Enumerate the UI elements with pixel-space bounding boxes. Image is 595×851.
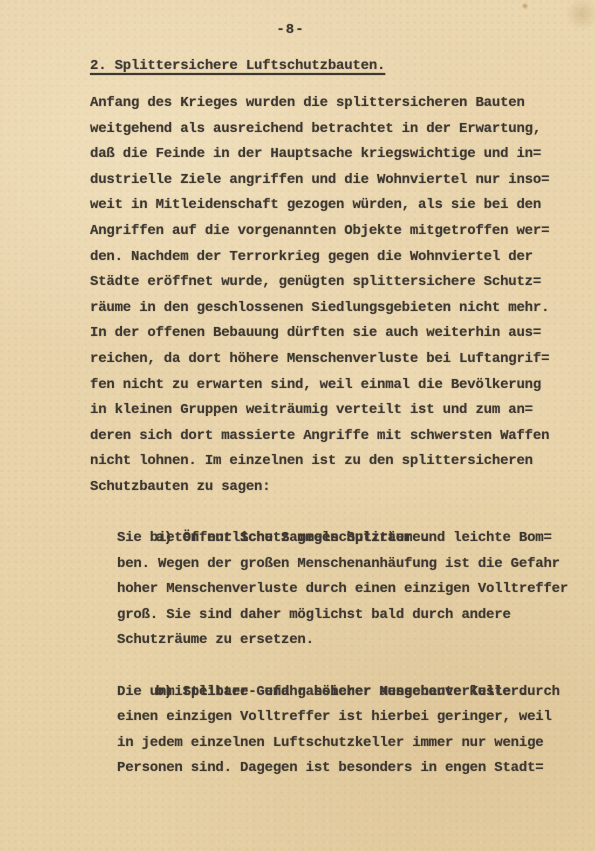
paragraph-line: daß die Feinde in der Hauptsache kriegsw… bbox=[90, 142, 560, 168]
list-item-line: Sie bieten nur Schutz gegen Splitter und… bbox=[90, 526, 560, 552]
paragraph-line: Angriffen auf die vorgenannten Objekte m… bbox=[90, 219, 560, 245]
list-item-line: Personen sind. Dagegen ist besonders in … bbox=[90, 756, 560, 782]
paragraph-line: reichen, da dort höhere Menschenverluste… bbox=[90, 347, 560, 373]
list-item-title-line: a)Öffentliche Sammelschutzräume. bbox=[90, 501, 560, 527]
list-item-title-line: b)Splitter- und gassicher ausgebaute Kel… bbox=[90, 654, 560, 680]
paragraph-line: weitgehend als ausreichend betrachtet in… bbox=[90, 117, 560, 143]
list-item-line: Schutzräume zu ersetzen. bbox=[90, 628, 560, 654]
list-item-line: ben. Wegen der großen Menschenanhäufung … bbox=[90, 552, 560, 578]
section-heading: 2. Splittersichere Luftschutzbauten. bbox=[90, 58, 385, 74]
paragraph-line: den. Nachdem der Terrorkrieg gegen die W… bbox=[90, 245, 560, 271]
paragraph-line: in kleinen Gruppen weiträumig verteilt i… bbox=[90, 398, 560, 424]
list-item-a: a)Öffentliche Sammelschutzräume. Sie bie… bbox=[90, 501, 560, 655]
list-item-line: einen einzigen Volltreffer ist hierbei g… bbox=[90, 705, 560, 731]
paragraph-line: Städte eröffnet wurde, genügten splitter… bbox=[90, 270, 560, 296]
paragraph-line: fen nicht zu erwarten sind, weil einmal … bbox=[90, 373, 560, 399]
list-item-line: Die unmittelbare Gefahr höherer Menschen… bbox=[90, 680, 560, 706]
paragraph-line: nicht lohnen. Im einzelnen ist zu den sp… bbox=[90, 449, 560, 475]
paragraph-line: deren sich dort massierte Angriffe mit s… bbox=[90, 424, 560, 450]
paragraph-line: In der offenen Bebauung dürften sie auch… bbox=[90, 321, 560, 347]
scanned-document-page: -8- 2. Splittersichere Luftschutzbauten.… bbox=[0, 0, 595, 851]
paragraph-line: dustrielle Ziele angriffen und die Wohnv… bbox=[90, 168, 560, 194]
paragraph-line: weit in Mitleidenschaft gezogen würden, … bbox=[90, 193, 560, 219]
paragraph-line: räume in den geschlossenen Siedlungsgebi… bbox=[90, 296, 560, 322]
list-item-line: in jedem einzelnen Luftschutzkeller imme… bbox=[90, 731, 560, 757]
document-body: Anfang des Krieges wurden die splittersi… bbox=[90, 91, 560, 782]
list-item-line: groß. Sie sind daher möglichst bald durc… bbox=[90, 603, 560, 629]
list-item-line: hoher Menschenverluste durch einen einzi… bbox=[90, 577, 560, 603]
page-number: -8- bbox=[0, 22, 581, 38]
paragraph-line: Anfang des Krieges wurden die splittersi… bbox=[90, 91, 560, 117]
paragraph-line: Schutzbauten zu sagen: bbox=[90, 475, 560, 501]
list-item-b: b)Splitter- und gassicher ausgebaute Kel… bbox=[90, 654, 560, 782]
